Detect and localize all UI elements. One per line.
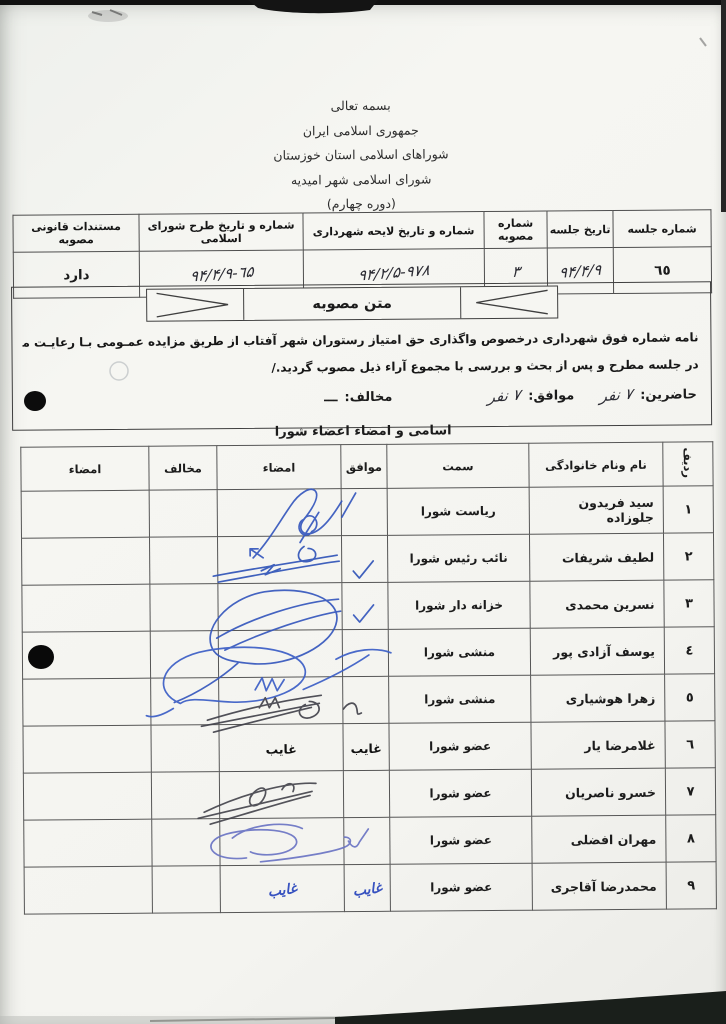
member-position: عضو شورا <box>390 816 532 864</box>
resolution-title-banner: متن مصوبه <box>146 285 558 321</box>
resolution-text: نامه شماره فوق شهرداری درخصوص واگذاری حق… <box>22 324 698 383</box>
member-oppose-cell <box>149 490 217 538</box>
member-name: سید فریدون جلوزاده <box>529 486 663 534</box>
member-name: یوسف آزادی پور <box>530 627 664 675</box>
member-name: زهرا هوشیاری <box>531 674 665 722</box>
table-row: ٩ محمدرضا آقاجری عضو شورا غایب غایب <box>24 862 716 914</box>
table-row: ٢ لطیف شریفات نائب رئیس شورا <box>21 533 713 585</box>
member-oppose-cell <box>149 537 217 585</box>
table-row: ٣ نسرین محمدی خزانه دار شورا <box>22 580 714 632</box>
member-signature-cell <box>218 583 342 631</box>
resolution-banner-title: متن مصوبه <box>244 287 460 320</box>
member-row-number: ٣ <box>664 580 714 627</box>
letterhead: بسمه تعالی جمهوری اسلامی ایران شوراهای ا… <box>0 91 724 219</box>
member-oppose-signature-cell <box>24 866 152 914</box>
paper-sheet: بسمه تعالی جمهوری اسلامی ایران شوراهای ا… <box>0 0 726 1024</box>
member-oppose-cell <box>150 631 218 679</box>
table-row: ٤ یوسف آزادی پور منشی شورا <box>22 627 714 679</box>
member-position: عضو شورا <box>389 722 531 770</box>
member-row-number: ١ <box>663 486 713 533</box>
full-name-header: نام ونام خانوادگی <box>529 442 663 487</box>
member-signature-cell: غایب <box>219 724 343 772</box>
agree-header: موافق <box>341 444 387 488</box>
member-row-number: ٢ <box>663 533 713 580</box>
member-oppose-signature-cell <box>23 725 151 773</box>
members-table: ردیف نام ونام خانوادگی سمت موافق امضاء م… <box>20 441 717 914</box>
oppose-signature-header: امضاء <box>21 446 149 491</box>
agree-count-group: موافق: ٧ نفر <box>488 386 574 405</box>
member-position: منشی شورا <box>389 675 531 723</box>
member-oppose-cell <box>150 584 218 632</box>
member-signature-cell <box>217 489 341 537</box>
member-signature-cell <box>218 630 342 678</box>
signature-header: امضاء <box>217 445 341 490</box>
member-row-number: ٥ <box>665 674 715 721</box>
table-row: ٥ زهرا هوشیاری منشی شورا <box>23 674 715 726</box>
member-agree-cell <box>341 488 387 535</box>
member-signature-cell <box>220 818 344 866</box>
table-row: ٧ خسرو ناصریان عضو شورا <box>23 768 715 820</box>
member-position: خزانه دار شورا <box>388 581 530 629</box>
member-name: نسرین محمدی <box>530 580 664 628</box>
member-position: منشی شورا <box>388 628 530 676</box>
member-agree-cell <box>343 770 389 817</box>
member-oppose-signature-cell <box>24 819 152 867</box>
oppose-header: مخالف <box>149 446 217 491</box>
member-name: محمدرضا آقاجری <box>532 862 666 910</box>
session-date-header: تاریخ جلسه <box>547 211 613 249</box>
oppose-label: مخالف: <box>344 389 392 404</box>
resolution-text-line-2: در جلسه مطرح و پس از بحث و بررسی با مجمو… <box>23 351 699 383</box>
member-position: عضو شورا <box>390 863 532 911</box>
member-name: خسرو ناصریان <box>531 768 665 816</box>
attendance-line: حاضرین: ٧ نفر موافق: ٧ نفر مخالف: ـــ <box>33 385 697 408</box>
member-oppose-cell <box>151 678 219 726</box>
present-label: حاضرین: <box>640 387 697 402</box>
member-row-number: ٤ <box>664 627 714 674</box>
member-oppose-signature-cell <box>22 584 150 632</box>
present-count-group: حاضرین: ٧ نفر <box>600 385 697 404</box>
member-oppose-signature-cell <box>22 631 150 679</box>
member-name: غلامرضا یار <box>531 721 665 769</box>
member-position: ریاست شورا <box>387 487 529 535</box>
member-name: مهران افضلی <box>532 815 666 863</box>
member-agree-cell: غایب <box>343 723 389 770</box>
agree-label: موافق: <box>528 388 574 403</box>
oppose-count-group: مخالف: ـــ <box>324 389 392 405</box>
member-oppose-signature-cell <box>21 490 149 538</box>
scanned-document-page: بسمه تعالی جمهوری اسلامی ایران شوراهای ا… <box>0 0 726 1024</box>
banner-chevron-right-icon <box>147 289 244 321</box>
member-position: نائب رئیس شورا <box>387 534 529 582</box>
oppose-value: ـــ <box>324 390 337 405</box>
member-agree-cell <box>341 535 387 582</box>
table-row: ٨ مهران افضلی عضو شورا <box>24 815 716 867</box>
member-row-number: ٨ <box>666 815 716 862</box>
session-info-header-row: شماره جلسه تاریخ جلسه شماره مصوبه شماره … <box>13 210 711 252</box>
session-number-header: شماره جلسه <box>613 210 711 248</box>
member-oppose-cell <box>151 725 219 773</box>
member-position: عضو شورا <box>389 769 531 817</box>
member-signature-cell <box>217 536 341 584</box>
member-agree-cell: غایب <box>344 864 390 911</box>
table-row: ٦ غلامرضا یار عضو شورا غایب غایب <box>23 721 715 773</box>
member-agree-cell <box>342 582 388 629</box>
legal-docs-header: مستندات قانونی مصوبه <box>13 214 139 252</box>
member-row-number: ٩ <box>666 862 716 909</box>
member-row-number: ٧ <box>665 768 715 815</box>
resolution-box: متن مصوبه نامه شماره فوق شهرداری درخصوص … <box>11 281 712 430</box>
members-table-body: ١ سید فریدون جلوزاده ریاست شورا ٢ لطیف ش… <box>21 486 716 914</box>
present-value: ٧ نفر <box>600 385 634 406</box>
member-row-number: ٦ <box>665 721 715 768</box>
member-oppose-cell <box>152 819 220 867</box>
row-number-header: ردیف <box>663 442 713 486</box>
member-agree-cell <box>344 817 390 864</box>
member-signature-cell: غایب <box>220 865 344 913</box>
banner-chevron-left-icon <box>460 286 557 318</box>
member-name: لطیف شریفات <box>529 533 663 581</box>
member-agree-cell <box>342 629 388 676</box>
member-oppose-cell <box>151 772 219 820</box>
member-signature-cell <box>219 677 343 725</box>
table-row: ١ سید فریدون جلوزاده ریاست شورا <box>21 486 713 538</box>
member-signature-cell <box>219 771 343 819</box>
resolution-number-header: شماره مصوبه <box>484 211 547 248</box>
member-oppose-signature-cell <box>21 537 149 585</box>
municipality-bill-header: شماره و تاریخ لایحه شهرداری <box>303 212 484 250</box>
member-agree-cell <box>343 676 389 723</box>
agree-value: ٧ نفر <box>488 386 522 407</box>
member-oppose-signature-cell <box>23 678 151 726</box>
members-table-header-row: ردیف نام ونام خانوادگی سمت موافق امضاء م… <box>21 442 713 491</box>
council-plan-header: شماره و تاریخ طرح شورای اسلامی <box>139 213 303 251</box>
member-oppose-signature-cell <box>23 772 151 820</box>
member-oppose-cell <box>152 866 220 914</box>
position-header: سمت <box>387 443 529 488</box>
